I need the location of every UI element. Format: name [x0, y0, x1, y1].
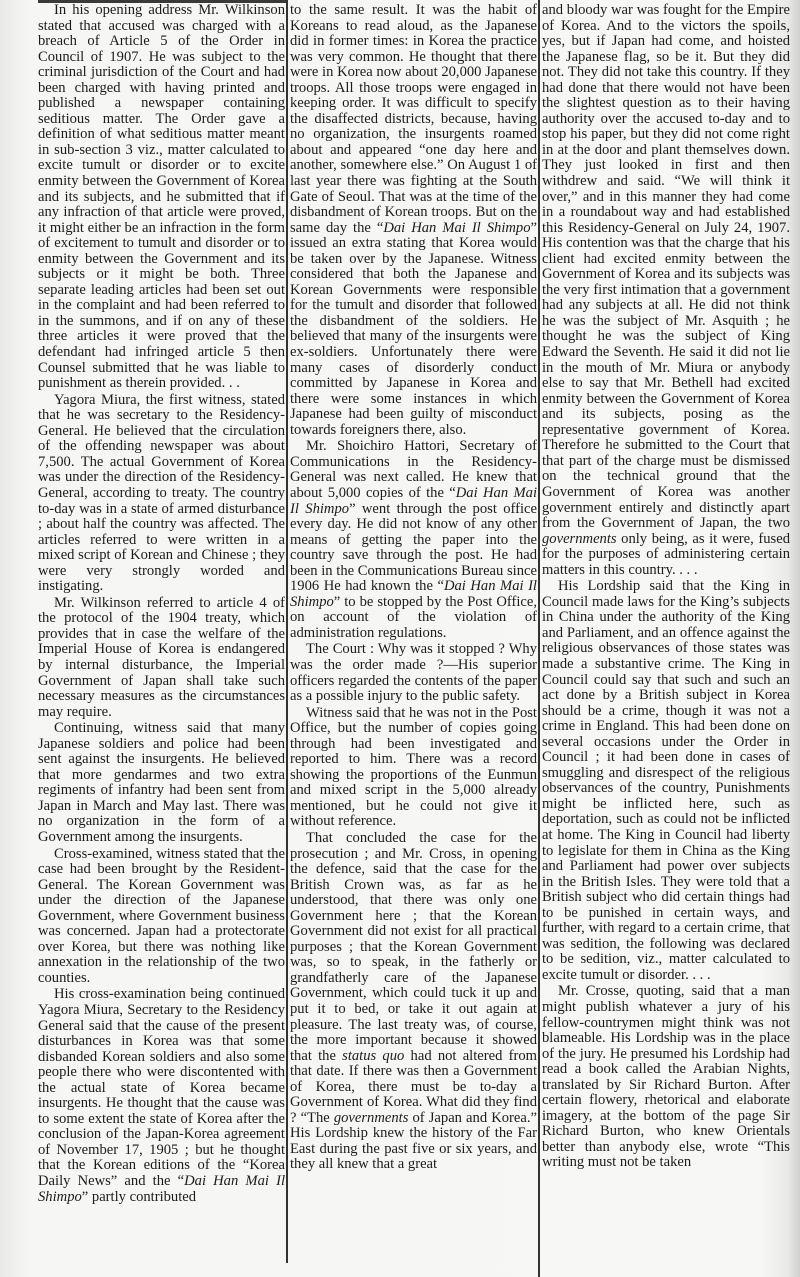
paragraph: Mr. Shoichiro Hattori, Secretary of Comm… [290, 439, 537, 641]
column-2: to the same result. It was the habit of … [290, 3, 537, 1173]
paragraph: In his opening address Mr. Wilkinson sta… [38, 3, 285, 392]
column-rule-1 [286, 0, 288, 1263]
paragraph: to the same result. It was the habit of … [290, 3, 537, 438]
paragraph: The Court : Why was it stopped ? Why was… [290, 642, 537, 704]
paragraph: Mr. Crosse, quoting, said that a man mig… [542, 984, 790, 1171]
paragraph: His cross-examination being continued Ya… [38, 987, 285, 1205]
paragraph: Mr. Wilkinson referred to article 4 of t… [38, 596, 285, 720]
paragraph: Witness said that he was not in the Post… [290, 706, 537, 830]
paragraph: That concluded the case for the prosecut… [290, 831, 537, 1173]
paragraph: His Lordship said that the King in Counc… [542, 579, 790, 983]
paragraph: Yagora Miura, the first witness, stated … [38, 393, 285, 595]
paragraph: Cross-examined, witness stated that the … [38, 847, 285, 987]
page-edge-shadow [788, 0, 800, 1277]
paragraph: Continuing, witness said that many Japan… [38, 721, 285, 845]
column-rule-2 [538, 0, 540, 1277]
newspaper-page: In his opening address Mr. Wilkinson sta… [0, 0, 800, 1277]
paragraph: and bloody war was fought for the Empire… [542, 3, 790, 578]
column-1: In his opening address Mr. Wilkinson sta… [38, 3, 285, 1205]
column-3: and bloody war was fought for the Empire… [542, 3, 790, 1171]
